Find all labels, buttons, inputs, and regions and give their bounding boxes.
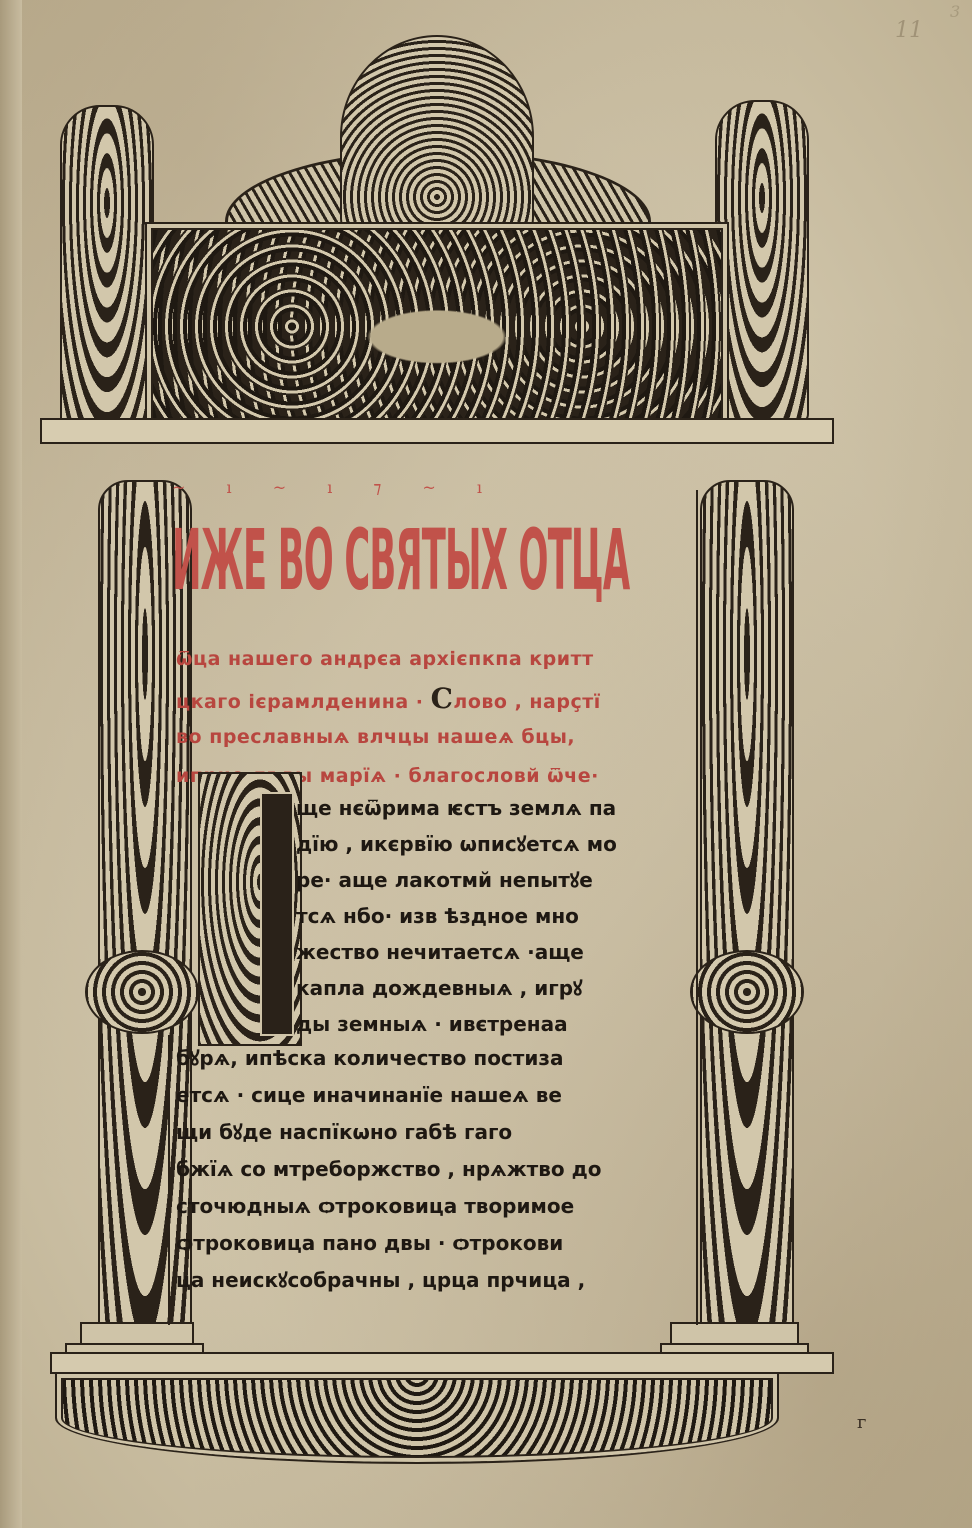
body-line: тсѧ нбо· изв ѣздное мно: [296, 898, 696, 934]
text-frame-left-rule: [168, 1035, 170, 1325]
body-line: етсѧ · сице иначинанїе нашеѧ ве: [176, 1077, 696, 1114]
body-line: капла дождевныѧ , игрꙋ: [296, 970, 696, 1006]
left-finial-ornament: [60, 105, 154, 429]
body-line: жество нечитаетсѧ ·аще: [296, 934, 696, 970]
rubric-line: цкаго ієрамлденина · Слово , нарҫтї: [176, 679, 696, 718]
signature-mark: г: [857, 1412, 866, 1433]
right-capital-ornament: [690, 950, 804, 1034]
body-line: бжїѧ со мтреборжство , нрѧжтво до: [176, 1151, 696, 1188]
body-text-full: бꙋрѧ, ипѣска количество постиза етсѧ · с…: [176, 1040, 696, 1299]
headpiece-ornament: [145, 222, 729, 431]
rubric-line-text: цкаго ієрамлденина ·: [176, 691, 431, 713]
body-line: бꙋрѧ, ипѣска количество постиза: [176, 1040, 696, 1077]
headpiece-beam: [40, 418, 834, 444]
crown-ornament: [340, 35, 534, 239]
body-line: ѻтроковица пано двы · ѻтрокови: [176, 1225, 696, 1262]
right-finial-ornament: [715, 100, 809, 424]
body-line: ца неискꙋсобрачны , црца прчица ,: [176, 1262, 696, 1299]
body-line: дїю , икєрвїю ѡписꙋетсѧ мо: [296, 826, 696, 862]
body-line: сточюдныѧ ѻтроковица творимое: [176, 1188, 696, 1225]
manuscript-page: 11 3 ~ ı ~ ı ⁊ ~ ı ИЖЕ ВО СВЯТЫХ ОТЦА ѿц…: [0, 0, 972, 1528]
ligature-title-text: ИЖЕ ВО СВЯТЫХ ОТЦА: [172, 500, 629, 620]
ligature-title: ИЖЕ ВО СВЯТЫХ ОТЦА: [172, 500, 692, 620]
body-text-indented: ще нєѿрима ѥстъ землѧ па дїю , икєрвїю ѡ…: [296, 790, 696, 1042]
body-line: щи бꙋде наспїкѡно габѣ гаго: [176, 1114, 696, 1151]
body-line: ды земныѧ · ивєтренаа: [296, 1006, 696, 1042]
tailpiece-beam: [50, 1352, 834, 1374]
body-line: ще нєѿрима ѥстъ землѧ па: [296, 790, 696, 826]
dropcap-letter: С: [431, 679, 454, 718]
ornamented-initial: [198, 772, 302, 1046]
rubric-line: во преславныѧ влчцы нашеѧ бцы,: [176, 718, 696, 757]
binding-gutter: [0, 0, 22, 1528]
rubric-line: ѿца нашего андрєа архієпкпа критт: [176, 640, 696, 679]
rubric-line-text: лово , нарҫтї: [453, 691, 600, 713]
tailpiece-ornament: [55, 1372, 779, 1464]
folio-number: 11: [895, 18, 923, 43]
right-column-ornament: [700, 480, 794, 1344]
folio-corner-mark: 3: [950, 2, 960, 21]
title-superscripts: ~ ı ~ ı ⁊ ~ ı: [172, 478, 692, 498]
initial-stem: [260, 792, 294, 1036]
body-line: ре· аще лакотмй непытꙋе: [296, 862, 696, 898]
left-capital-ornament: [85, 950, 199, 1034]
text-frame-right-rule: [696, 490, 698, 1325]
